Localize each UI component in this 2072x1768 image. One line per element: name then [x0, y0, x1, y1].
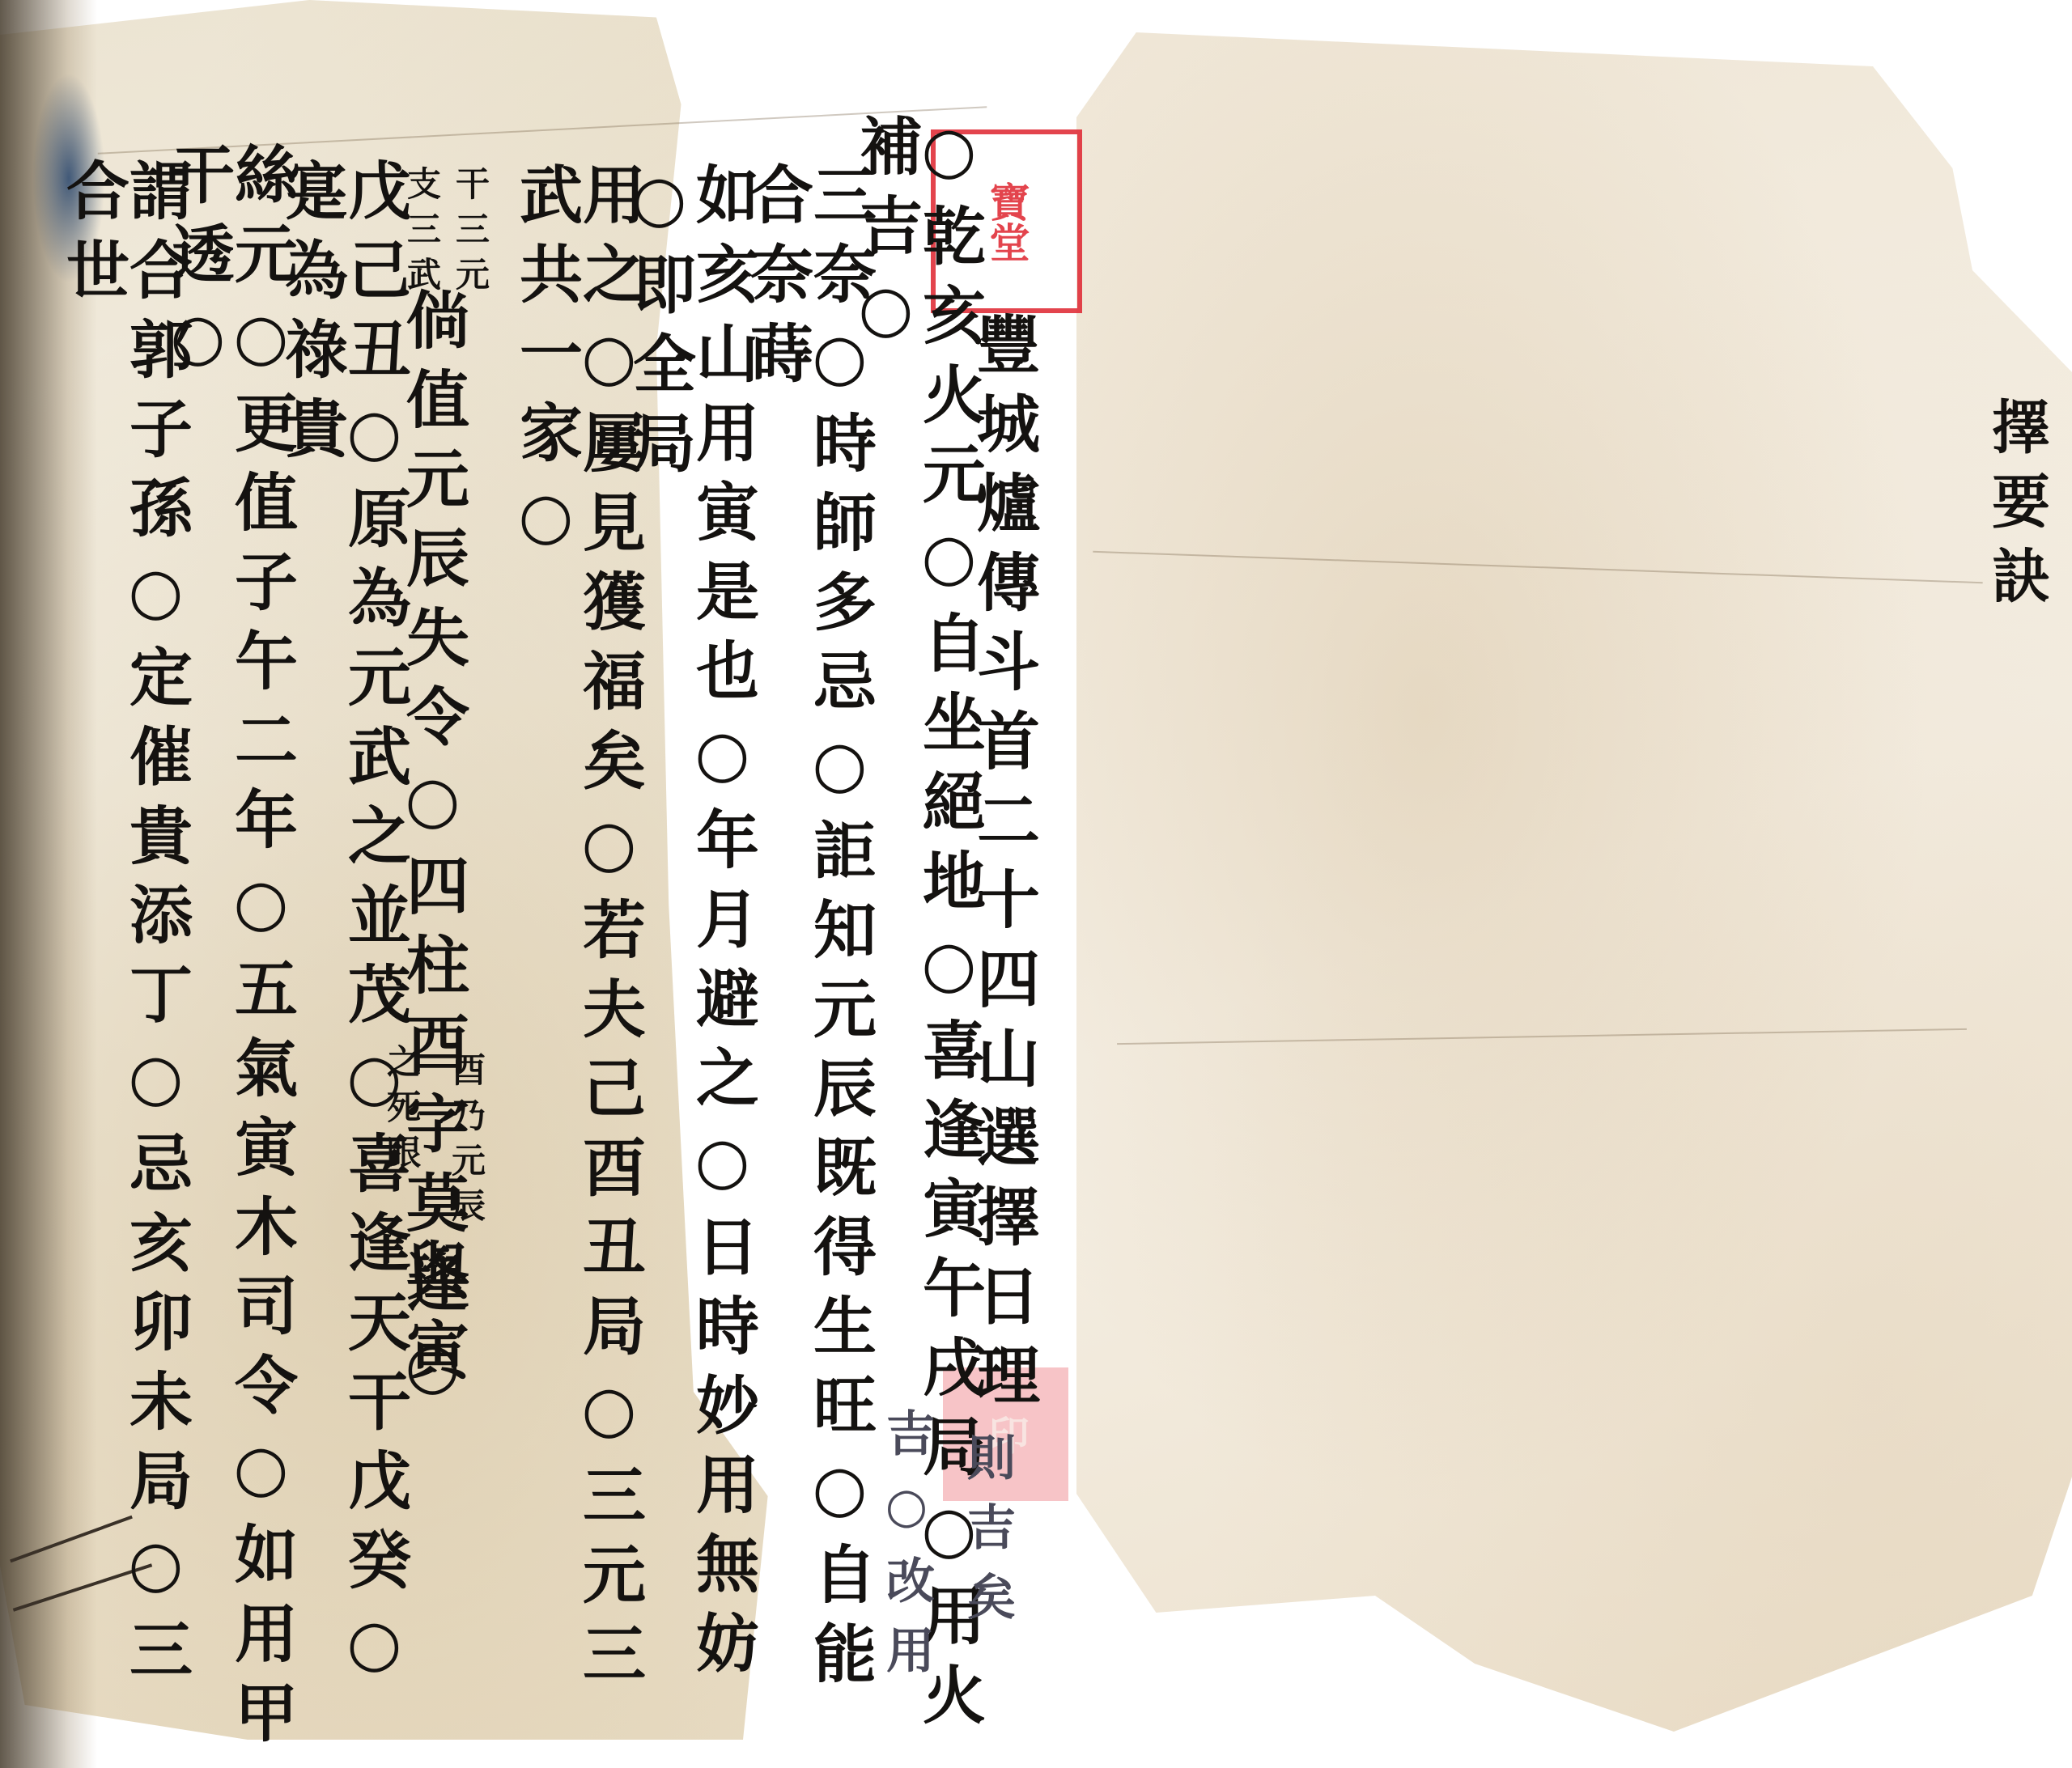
fragment-column-a: 吉○改用 — [882, 1408, 931, 1694]
text-column-7: 戊己丑○原為元武之並茂○喜逢天干戊癸○寔為祿貴 — [279, 158, 405, 1768]
right-page-heading: 擇要訣 — [1987, 396, 2045, 620]
right-page — [1076, 32, 2072, 1732]
text-column-3: 三奈○時師多忌○詎知元辰既得生旺○自能合奈蒔 — [745, 162, 871, 1768]
annotation-gan-san-yuan: 干三元 — [453, 166, 487, 302]
text-column-9: 謂合郭子孫○定催貴添丁○忌亥卯未局○三合世 — [61, 158, 187, 1768]
text-column-5: 用之○屢見獲福矣○若夫己酉丑局○三元三武共一家○ — [514, 162, 640, 1768]
annotation-you-nai-yuan-chen: 酉乃元辰 — [449, 1052, 483, 1233]
fragment-column-b: 則吉矣 — [963, 1432, 1012, 1641]
text-column-4: 如亥山用寅是也○年月避之○日時妙用無妨○即全局 — [627, 162, 754, 1768]
